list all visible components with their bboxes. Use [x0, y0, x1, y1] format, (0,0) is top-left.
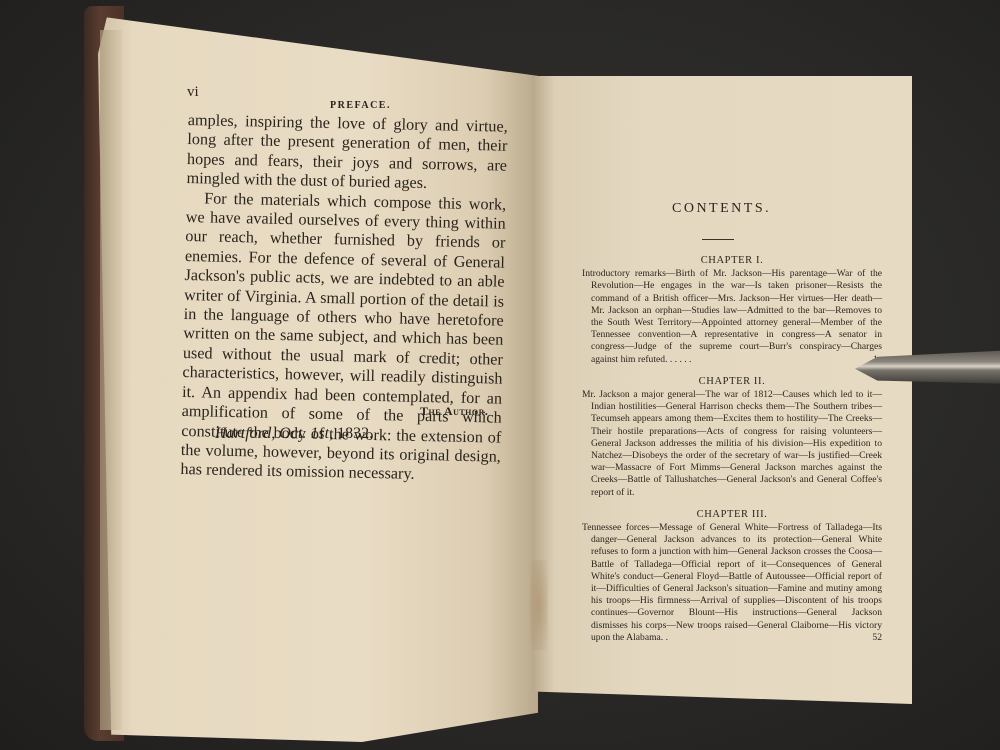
- chapter-summary: Tennessee forces—Message of General Whit…: [582, 522, 882, 644]
- foxing-stain: [530, 560, 548, 650]
- dateline-year: 1832.: [337, 425, 373, 442]
- preface-paragraph: amples, inspiring the love of glory and …: [186, 111, 508, 195]
- chapter-heading: CHAPTER III.: [582, 509, 882, 521]
- chapter-heading: CHAPTER II.: [582, 376, 882, 388]
- chapter-summary: Introductory remarks—Birth of Mr. Jackso…: [582, 268, 882, 366]
- dateline-place: Hartford, Oct. 1st,: [215, 425, 333, 442]
- chapter-heading: CHAPTER I.: [582, 255, 882, 267]
- table-of-contents: CHAPTER I. Introductory remarks—Birth of…: [582, 255, 882, 654]
- chapter-page-number: 52: [881, 632, 882, 644]
- toc-chapter: CHAPTER II. Mr. Jackson a major general—…: [582, 376, 882, 499]
- contents-title: CONTENTS.: [672, 201, 771, 217]
- toc-chapter: CHAPTER III. Tennessee forces—Message of…: [582, 509, 882, 644]
- title-rule: [702, 239, 734, 240]
- chapter-summary: Mr. Jackson a major general—The war of 1…: [582, 389, 882, 499]
- chapter-summary-text: Introductory remarks—Birth of Mr. Jackso…: [582, 268, 882, 364]
- toc-chapter: CHAPTER I. Introductory remarks—Birth of…: [582, 255, 882, 366]
- chapter-summary-text: Mr. Jackson a major general—The war of 1…: [582, 389, 882, 498]
- page-number: vi: [187, 84, 199, 101]
- author-signature: The Author.: [420, 404, 488, 419]
- left-page-edge: [100, 30, 122, 730]
- dateline: Hartford, Oct. 1st, 1832.: [215, 425, 373, 443]
- running-head: PREFACE.: [330, 100, 391, 111]
- chapter-summary-text: Tennessee forces—Message of General Whit…: [582, 522, 882, 643]
